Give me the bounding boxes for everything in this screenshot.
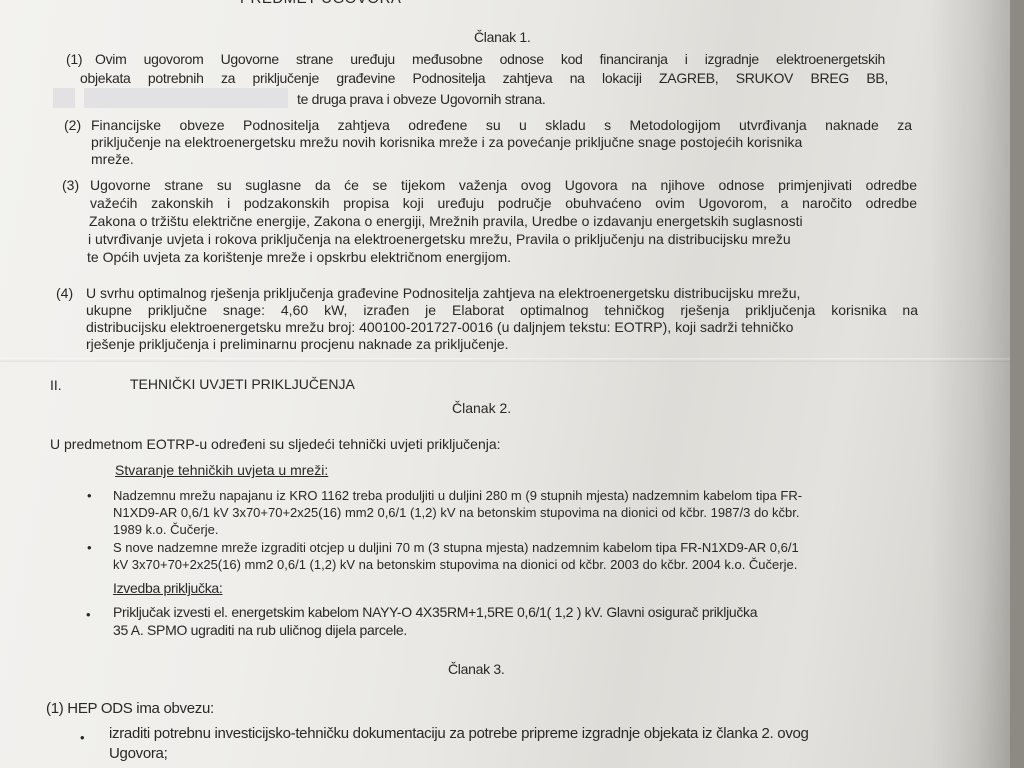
article-2-bullet-3-line2: 35 A. SPMO ugraditi na rub uličnog dijel…	[113, 622, 407, 638]
article-1-p1-line1: Ovim ugovorom Ugovorne strane uređuju me…	[95, 51, 885, 67]
article-1-p2-line3: mreže.	[91, 151, 134, 167]
bullet-marker: •	[80, 730, 85, 745]
article-1-p3-line3: Zakona o tržištu električne energije, Za…	[89, 213, 803, 229]
article-3-title: Članak 3.	[448, 661, 504, 677]
article-2-bullet-3-line1: Priključak izvesti el. energetskim kabel…	[113, 604, 757, 620]
article-2-bullet-2-line1: S nove nadzemne mreže izgraditi otcjep u…	[113, 540, 799, 556]
document-page: PREDMET UGOVORA Članak 1. (1) Ovim ugovo…	[0, 0, 1010, 768]
bullet-marker: •	[86, 607, 91, 622]
article-1-p3-line4: i utvrđivanje uvjeta i rokova priključen…	[88, 231, 791, 247]
section-heading-cut: PREDMET UGOVORA	[240, 0, 401, 7]
article-2-subheading-connection: Izvedba priključka:	[113, 580, 222, 596]
redacted-block	[53, 88, 75, 108]
redacted-address	[84, 88, 288, 108]
article-3-p1: (1) HEP ODS ima obvezu:	[46, 701, 214, 717]
section-2-num: II.	[50, 377, 62, 393]
article-3-bullet-1-line2: Ugovora;	[109, 746, 167, 762]
article-1-p1-line2: objekata potrebnih za priključenje građe…	[80, 70, 888, 86]
article-1-p3-line1: Ugovorne strane su suglasne da će se tij…	[90, 177, 917, 193]
article-1-p3-line2: važećih zakonskih i podzakonskih propisa…	[90, 195, 917, 211]
article-2-bullet-1-line1: Nadzemnu mrežu napajanu iz KRO 1162 treb…	[113, 488, 802, 504]
article-1-p4-num: (4)	[56, 285, 73, 301]
article-2-bullet-1-line2: N1XD9-AR 0,6/1 kV 3x70+70+2x25(16) mm2 0…	[113, 505, 800, 521]
article-1-p1-line3: te druga prava i obveze Ugovornih strana…	[297, 91, 545, 107]
article-2-bullet-1-line3: 1989 k.o. Čučerje.	[113, 522, 219, 538]
section-2-title: TEHNIČKI UVJETI PRIKLJUČENJA	[130, 376, 355, 392]
article-2-title: Članak 2.	[452, 400, 511, 416]
article-1-p3-line5: te Općih uvjeta za korištenje mreže i op…	[87, 249, 511, 265]
article-2-subheading-network: Stvaranje tehničkih uvjeta u mreži:	[115, 462, 328, 478]
article-1-p1-num: (1)	[66, 51, 82, 67]
article-1-title: Članak 1.	[474, 29, 530, 45]
article-1-p4-line1: U svrhu optimalnog rješenja priključenja…	[86, 285, 800, 301]
article-2-bullet-2-line2: kV 3x70+70+2x25(16) mm2 0,6/1 (1,2) kV n…	[113, 557, 797, 573]
article-1-p2-line1: Financijske obveze Podnositelja zahtjeva…	[91, 117, 912, 133]
bullet-marker: •	[87, 488, 92, 503]
article-3-bullet-1-line1: izraditi potrebnu investicijsko-tehničku…	[109, 726, 809, 742]
paper-fold	[0, 358, 1010, 362]
article-1-p4-line3: distribucijsku elektroenergetsku mrežu b…	[86, 319, 793, 335]
article-2-intro: U predmetnom EOTRP-u određeni su sljedeć…	[50, 436, 501, 452]
article-1-p4-line4: rješenje priključenja i preliminarnu pro…	[86, 336, 509, 352]
article-1-p2-num: (2)	[64, 117, 81, 133]
article-1-p4-line2: ukupne priključne snage: 4,60 kW, izrađe…	[86, 302, 918, 318]
article-1-p3-num: (3)	[62, 177, 79, 193]
bullet-marker: •	[87, 540, 92, 555]
article-1-p2-line2: priključenje na elektroenergetsku mrežu …	[91, 134, 802, 150]
